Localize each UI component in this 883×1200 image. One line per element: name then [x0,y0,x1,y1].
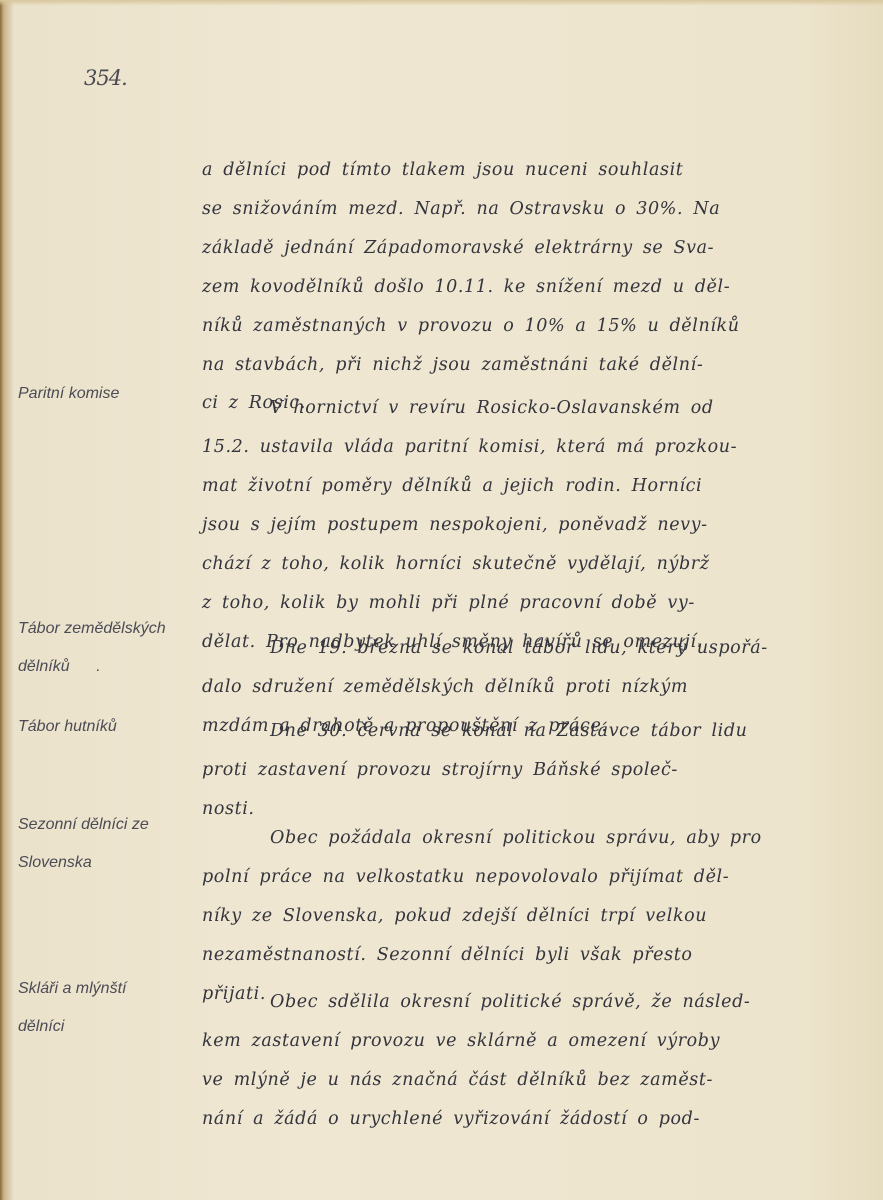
text-line: mat životní poměry dělníků a jejich rodi… [202,476,702,496]
margin-note-sezonni-delnici: Sezonní dělníci ze Slovenska [18,806,149,882]
text-line: nezaměstnaností. Sezonní dělníci byli vš… [202,945,692,965]
margin-note-sklari-mlynsti: Skláři a mlýnští dělníci [18,970,126,1046]
text-line: ve mlýně je u nás značná část dělníků be… [202,1070,713,1090]
text-line: nání a žádá o urychlené vyřizování žádos… [202,1109,700,1129]
text-line: zem kovodělníků došlo 10.11. ke snížení … [202,277,730,297]
margin-note-line: Tábor hutníků [18,708,117,746]
paragraph-start-line: Obec sdělila okresní politické správě, ž… [270,992,750,1012]
text-line: a dělníci pod tímto tlakem jsou nuceni s… [202,160,683,180]
text-line: kem zastavení provozu ve sklárně a omeze… [202,1031,720,1051]
margin-note-line: Sezonní dělníci ze [18,806,149,844]
text-line: z toho, kolik by mohli při plné pracovní… [202,593,695,613]
text-line: níky ze Slovenska, pokud zdejší dělníci … [202,906,707,926]
paragraph-start-line: Obec požádala okresní politickou správu,… [270,828,762,848]
margin-note-line: dělníků . [18,648,166,686]
page-number: 354. [84,66,127,90]
text-line: jsou s jejím postupem nespokojeni, poněv… [202,515,708,535]
margin-note-line: Tábor zemědělských [18,610,166,648]
text-line: 15.2. ustavila vláda paritní komisi, kte… [202,437,737,457]
margin-note-line: Slovenska [18,844,149,882]
text-line: nosti. [202,799,255,819]
paragraph-start-line: Dne 19. března se konal tábor lidu, kter… [270,638,768,658]
text-line: chází z toho, kolik horníci skutečně vyd… [202,554,710,574]
margin-note-paritni-komise: Paritní komise [18,375,119,413]
text-line: základě jednání Západomoravské elektrárn… [202,238,714,258]
margin-note-line: Paritní komise [18,375,119,413]
margin-note-line: dělníci [18,1008,126,1046]
text-line: polní práce na velkostatku nepovolovalo … [202,867,729,887]
text-line: na stavbách, při nichž jsou zaměstnáni t… [202,355,703,375]
margin-note-tabor-hutniku: Tábor hutníků [18,708,117,746]
text-line: níků zaměstnaných v provozu o 10% a 15% … [202,316,740,336]
text-line: dalo sdružení zemědělských dělníků proti… [202,677,688,697]
paragraph-start-line: V hornictví v revíru Rosicko-Oslavanském… [270,398,714,418]
margin-note-line: Skláři a mlýnští [18,970,126,1008]
text-line: přijati. [202,984,266,1004]
margin-note-tabor-zemedelskych-delniku: Tábor zemědělských dělníků . [18,610,166,686]
handwritten-chronicle-page: 354. Paritní komise Tábor zemědělských d… [0,0,883,1200]
text-line: se snižováním mezd. Např. na Ostravsku o… [202,199,720,219]
text-line: proti zastavení provozu strojírny Báňské… [202,760,678,780]
paragraph-start-line: Dne 30. června se konal na Zastávce tábo… [270,721,748,741]
